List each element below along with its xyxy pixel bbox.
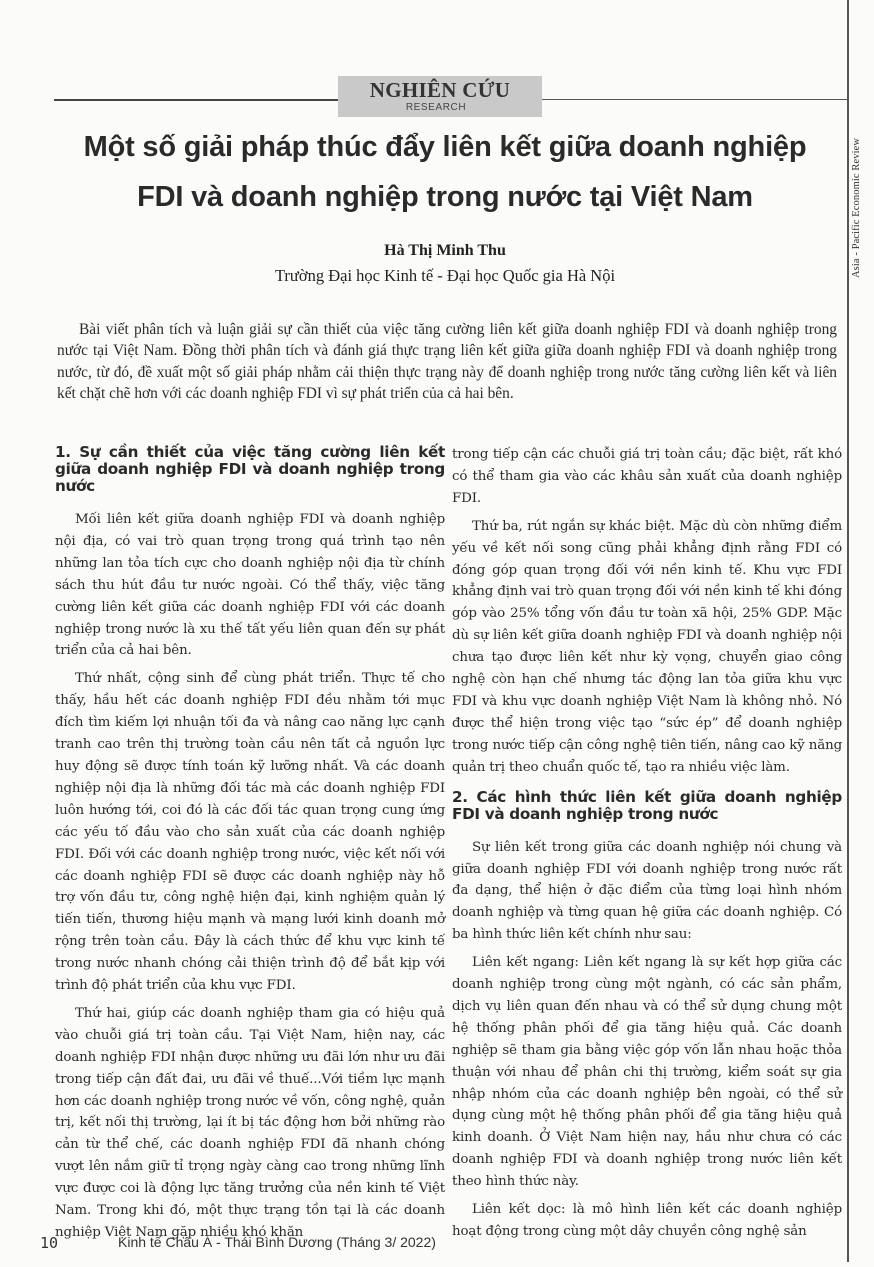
- journal-page: Asia - Pacific Economic Review NGHIÊN CỨ…: [0, 0, 874, 1267]
- header-rule-left: [54, 99, 338, 101]
- author-name: Hà Thị Minh Thu: [60, 242, 830, 260]
- body-paragraph: Sự liên kết trong giữa các doanh nghiệp …: [452, 837, 842, 947]
- section-2-heading: 2. Các hình thức liên kết giữa doanh ngh…: [452, 789, 842, 823]
- article-title: Một số giải pháp thúc đẩy liên kết giữa …: [40, 122, 850, 222]
- journal-footer: Kinh tế Châu Á - Thái Bình Dương (Tháng …: [118, 1234, 436, 1250]
- body-paragraph: Thứ ba, rút ngắn sự khác biệt. Mặc dù cò…: [452, 516, 842, 779]
- continued-paragraph: trong tiếp cận các chuỗi giá trị toàn cầ…: [452, 444, 842, 510]
- left-column: 1. Sự cần thiết của việc tăng cường liên…: [55, 444, 445, 1250]
- page-number: 10: [40, 1234, 58, 1252]
- header-rule-right: [542, 99, 847, 100]
- body-paragraph: Thứ hai, giúp các doanh nghiệp tham gia …: [55, 1003, 445, 1244]
- body-paragraph: Liên kết dọc: là mô hình liên kết các do…: [452, 1199, 842, 1243]
- section-tag-vn: NGHIÊN CỨU: [338, 78, 542, 102]
- section-tag: NGHIÊN CỨU RESEARCH: [338, 76, 542, 117]
- body-paragraph: Mối liên kết giữa doanh nghiệp FDI và do…: [55, 509, 445, 662]
- author-affiliation: Trường Đại học Kinh tế - Đại học Quốc gi…: [60, 266, 830, 286]
- section-1-heading: 1. Sự cần thiết của việc tăng cường liên…: [55, 444, 445, 495]
- article-title-line-1: Một số giải pháp thúc đẩy liên kết giữa …: [40, 122, 850, 172]
- body-paragraph: Thứ nhất, cộng sinh để cùng phát triển. …: [55, 668, 445, 997]
- section-tag-en: RESEARCH: [330, 102, 542, 114]
- body-paragraph: Liên kết ngang: Liên kết ngang là sự kết…: [452, 952, 842, 1193]
- journal-side-label: Asia - Pacific Economic Review: [851, 138, 862, 278]
- right-column: trong tiếp cận các chuỗi giá trị toàn cầ…: [452, 444, 842, 1249]
- abstract: Bài viết phân tích và luận giải sự cần t…: [57, 319, 837, 405]
- article-title-line-2: FDI và doanh nghiệp trong nước tại Việt …: [40, 172, 850, 222]
